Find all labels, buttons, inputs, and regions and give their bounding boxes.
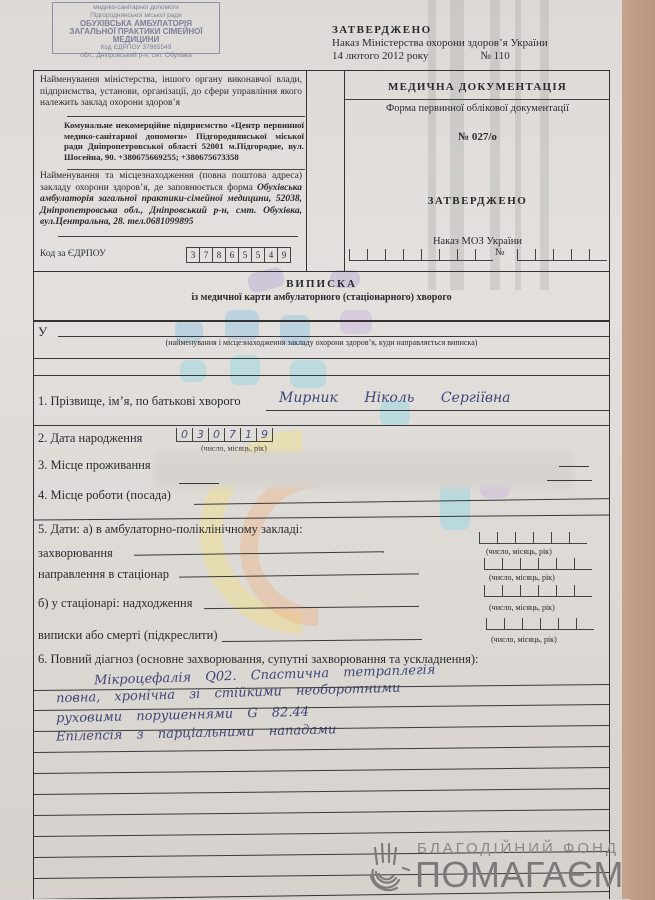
moz-order: Наказ МОЗ України <box>345 236 610 247</box>
dob-digit: 1 <box>240 428 256 442</box>
referral-line[interactable] <box>179 573 419 577</box>
code-digit: 4 <box>265 248 278 262</box>
edrpou-code: 3 7 8 6 5 5 4 9 <box>186 247 291 263</box>
date-hint: (число, місяць, рік) <box>491 635 557 644</box>
ruled-line <box>34 746 609 753</box>
extract-title: ВИПИСКА <box>34 278 609 290</box>
code-digit: 7 <box>200 248 213 262</box>
header-right: МЕДИЧНА ДОКУМЕНТАЦІЯ Форма первинної обл… <box>344 71 610 271</box>
order-number-label: № <box>495 247 505 258</box>
order-date-boxes <box>349 249 493 261</box>
approval-block: ЗАТВЕРДЖЕНО Наказ Міністерства охорони з… <box>332 24 548 63</box>
form-header: Найменування міністерства, іншого органу… <box>34 70 609 272</box>
residence-line <box>559 466 589 467</box>
recipient-line[interactable] <box>58 336 609 337</box>
stamp-line: Код ЄДРПОУ 37865549 <box>53 44 219 52</box>
dob-boxes[interactable]: 0 3 0 7 1 9 <box>176 428 273 442</box>
discharge-date-boxes[interactable] <box>486 618 594 630</box>
illness-line[interactable] <box>134 551 384 555</box>
recipient-hint: (найменування і місцезнаходження закладу… <box>34 338 609 347</box>
ruled-line <box>34 830 609 837</box>
admission-line[interactable] <box>204 606 419 609</box>
facility-block: Найменування та місцезнаходження (повна … <box>40 171 302 229</box>
background-surface <box>622 0 655 900</box>
admission-date-boxes[interactable] <box>484 585 592 597</box>
workplace-label: 4. Місце роботи (посада) <box>38 488 171 503</box>
form-type: Форма первинної облікової документації <box>345 103 610 114</box>
recipient-line-3[interactable] <box>34 375 609 376</box>
stamp-line: ЗАГАЛЬНОЇ ПРАКТИКИ СІМЕЙНОЇ МЕДИЦИНИ <box>53 28 219 44</box>
dob-digit: 0 <box>176 428 192 442</box>
divider <box>34 425 609 426</box>
recipient-line-2[interactable] <box>34 358 609 359</box>
divider <box>58 236 298 237</box>
form-number: № 027/о <box>345 131 610 143</box>
illness-date-label: захворювання <box>38 546 113 561</box>
approved-title: ЗАТВЕРДЖЕНО <box>345 195 610 207</box>
ruled-line <box>34 809 609 816</box>
code-digit: 5 <box>252 248 265 262</box>
dob-digit: 3 <box>192 428 208 442</box>
ministry-label: Найменування міністерства, іншого органу… <box>40 75 302 110</box>
approval-date: 14 лютого 2012 року <box>332 50 428 62</box>
divider <box>34 514 609 520</box>
fund-name: ПОМАГАЄМ <box>415 854 624 896</box>
code-digit: 6 <box>226 248 239 262</box>
handprint-icon <box>367 840 411 892</box>
ruled-line <box>34 704 609 711</box>
dob-digit: 9 <box>256 428 273 442</box>
diagnosis-line[interactable]: Епілепсія з парціальними нападами <box>56 722 337 744</box>
discharge-date-label: виписки або смерті (підкреслити) <box>38 628 218 643</box>
approval-number: № 110 <box>480 50 509 62</box>
code-digit: 8 <box>213 248 226 262</box>
discharge-line[interactable] <box>222 639 422 642</box>
dob-label: 2. Дата народження <box>38 431 142 446</box>
ruled-line <box>34 767 609 774</box>
dob-digit: 0 <box>208 428 224 442</box>
referral-date-label: направлення в стаціонар <box>38 567 169 582</box>
edrpou-label: Код за ЄДРПОУ <box>40 249 106 259</box>
form-frame: Найменування міністерства, іншого органу… <box>33 70 610 900</box>
stamp-line: медико-санітарної допомоги <box>53 4 219 12</box>
residence-label: 3. Місце проживання <box>38 458 151 473</box>
ruled-line <box>34 788 609 795</box>
header-left: Найменування міністерства, іншого органу… <box>34 71 307 271</box>
institution-stamp: медико-санітарної допомоги Підгороднянсь… <box>52 2 220 54</box>
date-hint: (число, місяць, рік) <box>489 603 555 612</box>
divider <box>67 169 305 170</box>
divider <box>345 99 610 100</box>
code-digit: 3 <box>187 248 200 262</box>
approval-order: Наказ Міністерства охорони здоров’я Укра… <box>332 37 548 50</box>
patient-name-label: 1. Прізвище, ім’я, по батькові хворого <box>38 394 241 409</box>
date-hint: (число, місяць, рік) <box>489 573 555 582</box>
code-digit: 5 <box>239 248 252 262</box>
divider <box>67 116 305 117</box>
stamp-line: обл., Дніпровський р-н, смт. Обухівка <box>53 52 219 60</box>
residence-line-3 <box>547 480 592 481</box>
admission-date-label: б) у стаціонарі: надходження <box>38 596 192 611</box>
dates-label: 5. Дати: а) в амбулаторно-поліклінічному… <box>38 522 303 537</box>
residence-line-2 <box>179 483 219 484</box>
date-hint: (число, місяць, рік) <box>486 547 552 556</box>
dob-digit: 7 <box>224 428 240 442</box>
approval-title: ЗАТВЕРДЖЕНО <box>332 24 548 37</box>
fund-logo: БЛАГОДІЙНИЙ ФОНД ПОМАГАЄМ <box>367 838 642 898</box>
patient-name-line <box>266 410 609 411</box>
order-number-boxes <box>517 249 607 261</box>
divider <box>34 320 609 322</box>
extract-subtitle: із медичної карти амбулаторного (стаціон… <box>34 292 609 303</box>
med-doc-title: МЕДИЧНА ДОКУМЕНТАЦІЯ <box>345 81 610 93</box>
illness-date-boxes[interactable] <box>479 532 587 544</box>
ministry-value: Комунальне некомерційне підприємство «Це… <box>64 120 304 162</box>
patient-name-value[interactable]: Мирник Ніколь Сергіївна <box>279 390 511 406</box>
workplace-line[interactable] <box>194 498 609 505</box>
referral-date-boxes[interactable] <box>484 558 592 570</box>
code-digit: 9 <box>278 248 290 262</box>
